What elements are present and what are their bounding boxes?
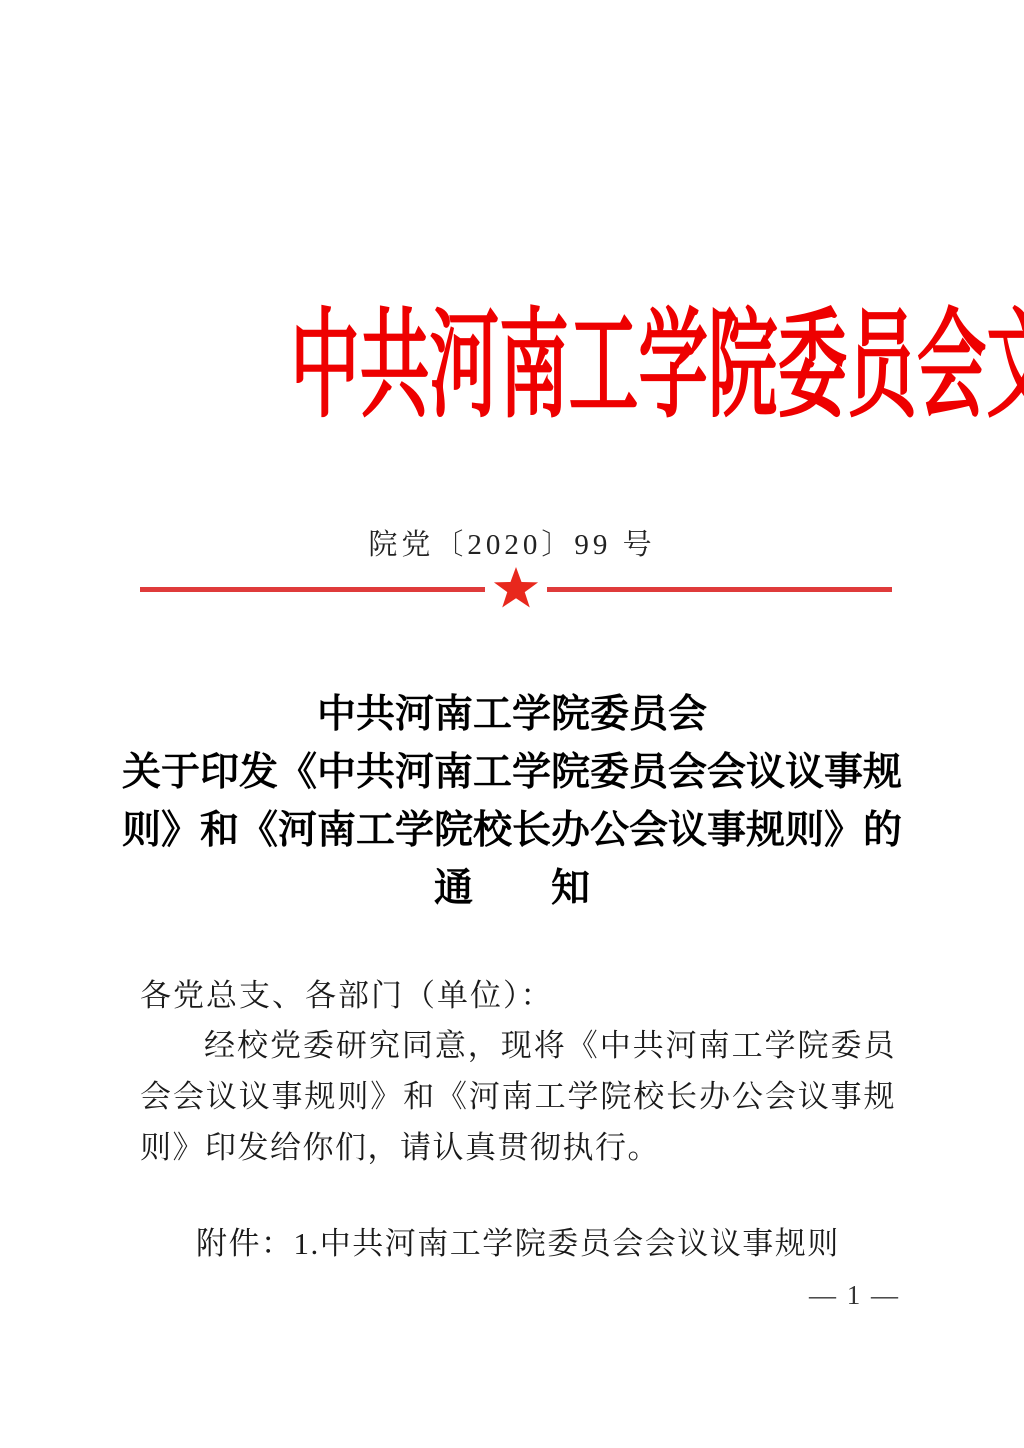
divider-line-right	[547, 587, 892, 592]
red-divider	[140, 566, 892, 612]
notice-title-line-4: 通 知	[0, 860, 1024, 918]
notice-title-line-3: 则》和《河南工学院校长办公会议事规则》的	[0, 802, 1024, 860]
body-paragraph: 经校党委研究同意，现将《中共河南工学院委员会会议议事规则》和《河南工学院校长办公…	[140, 1020, 896, 1173]
masthead: 中共河南工学院委员会文件	[0, 302, 1024, 467]
document-number: 院党〔2020〕99 号	[0, 522, 1024, 563]
red-star-icon	[493, 567, 539, 611]
document-page: 中共河南工学院委员会文件 院党〔2020〕99 号 中共河南工学院委员会 关于印…	[0, 0, 1024, 1448]
divider-line-left	[140, 587, 485, 592]
page-number: — 1 —	[809, 1280, 900, 1311]
notice-title: 中共河南工学院委员会 关于印发《中共河南工学院委员会会议议事规 则》和《河南工学…	[0, 686, 1024, 918]
attachment-line: 附件：1.中共河南工学院委员会会议议事规则	[196, 1218, 840, 1263]
notice-title-line-2: 关于印发《中共河南工学院委员会会议议事规	[0, 744, 1024, 802]
attachment-label: 附件：	[196, 1226, 294, 1261]
attachment-item: 1.中共河南工学院委员会会议议事规则	[294, 1226, 840, 1261]
salutation: 各党总支、各部门（单位）：	[140, 970, 554, 1015]
masthead-title: 中共河南工学院委员会文件	[290, 302, 1024, 432]
notice-title-line-1: 中共河南工学院委员会	[0, 686, 1024, 744]
